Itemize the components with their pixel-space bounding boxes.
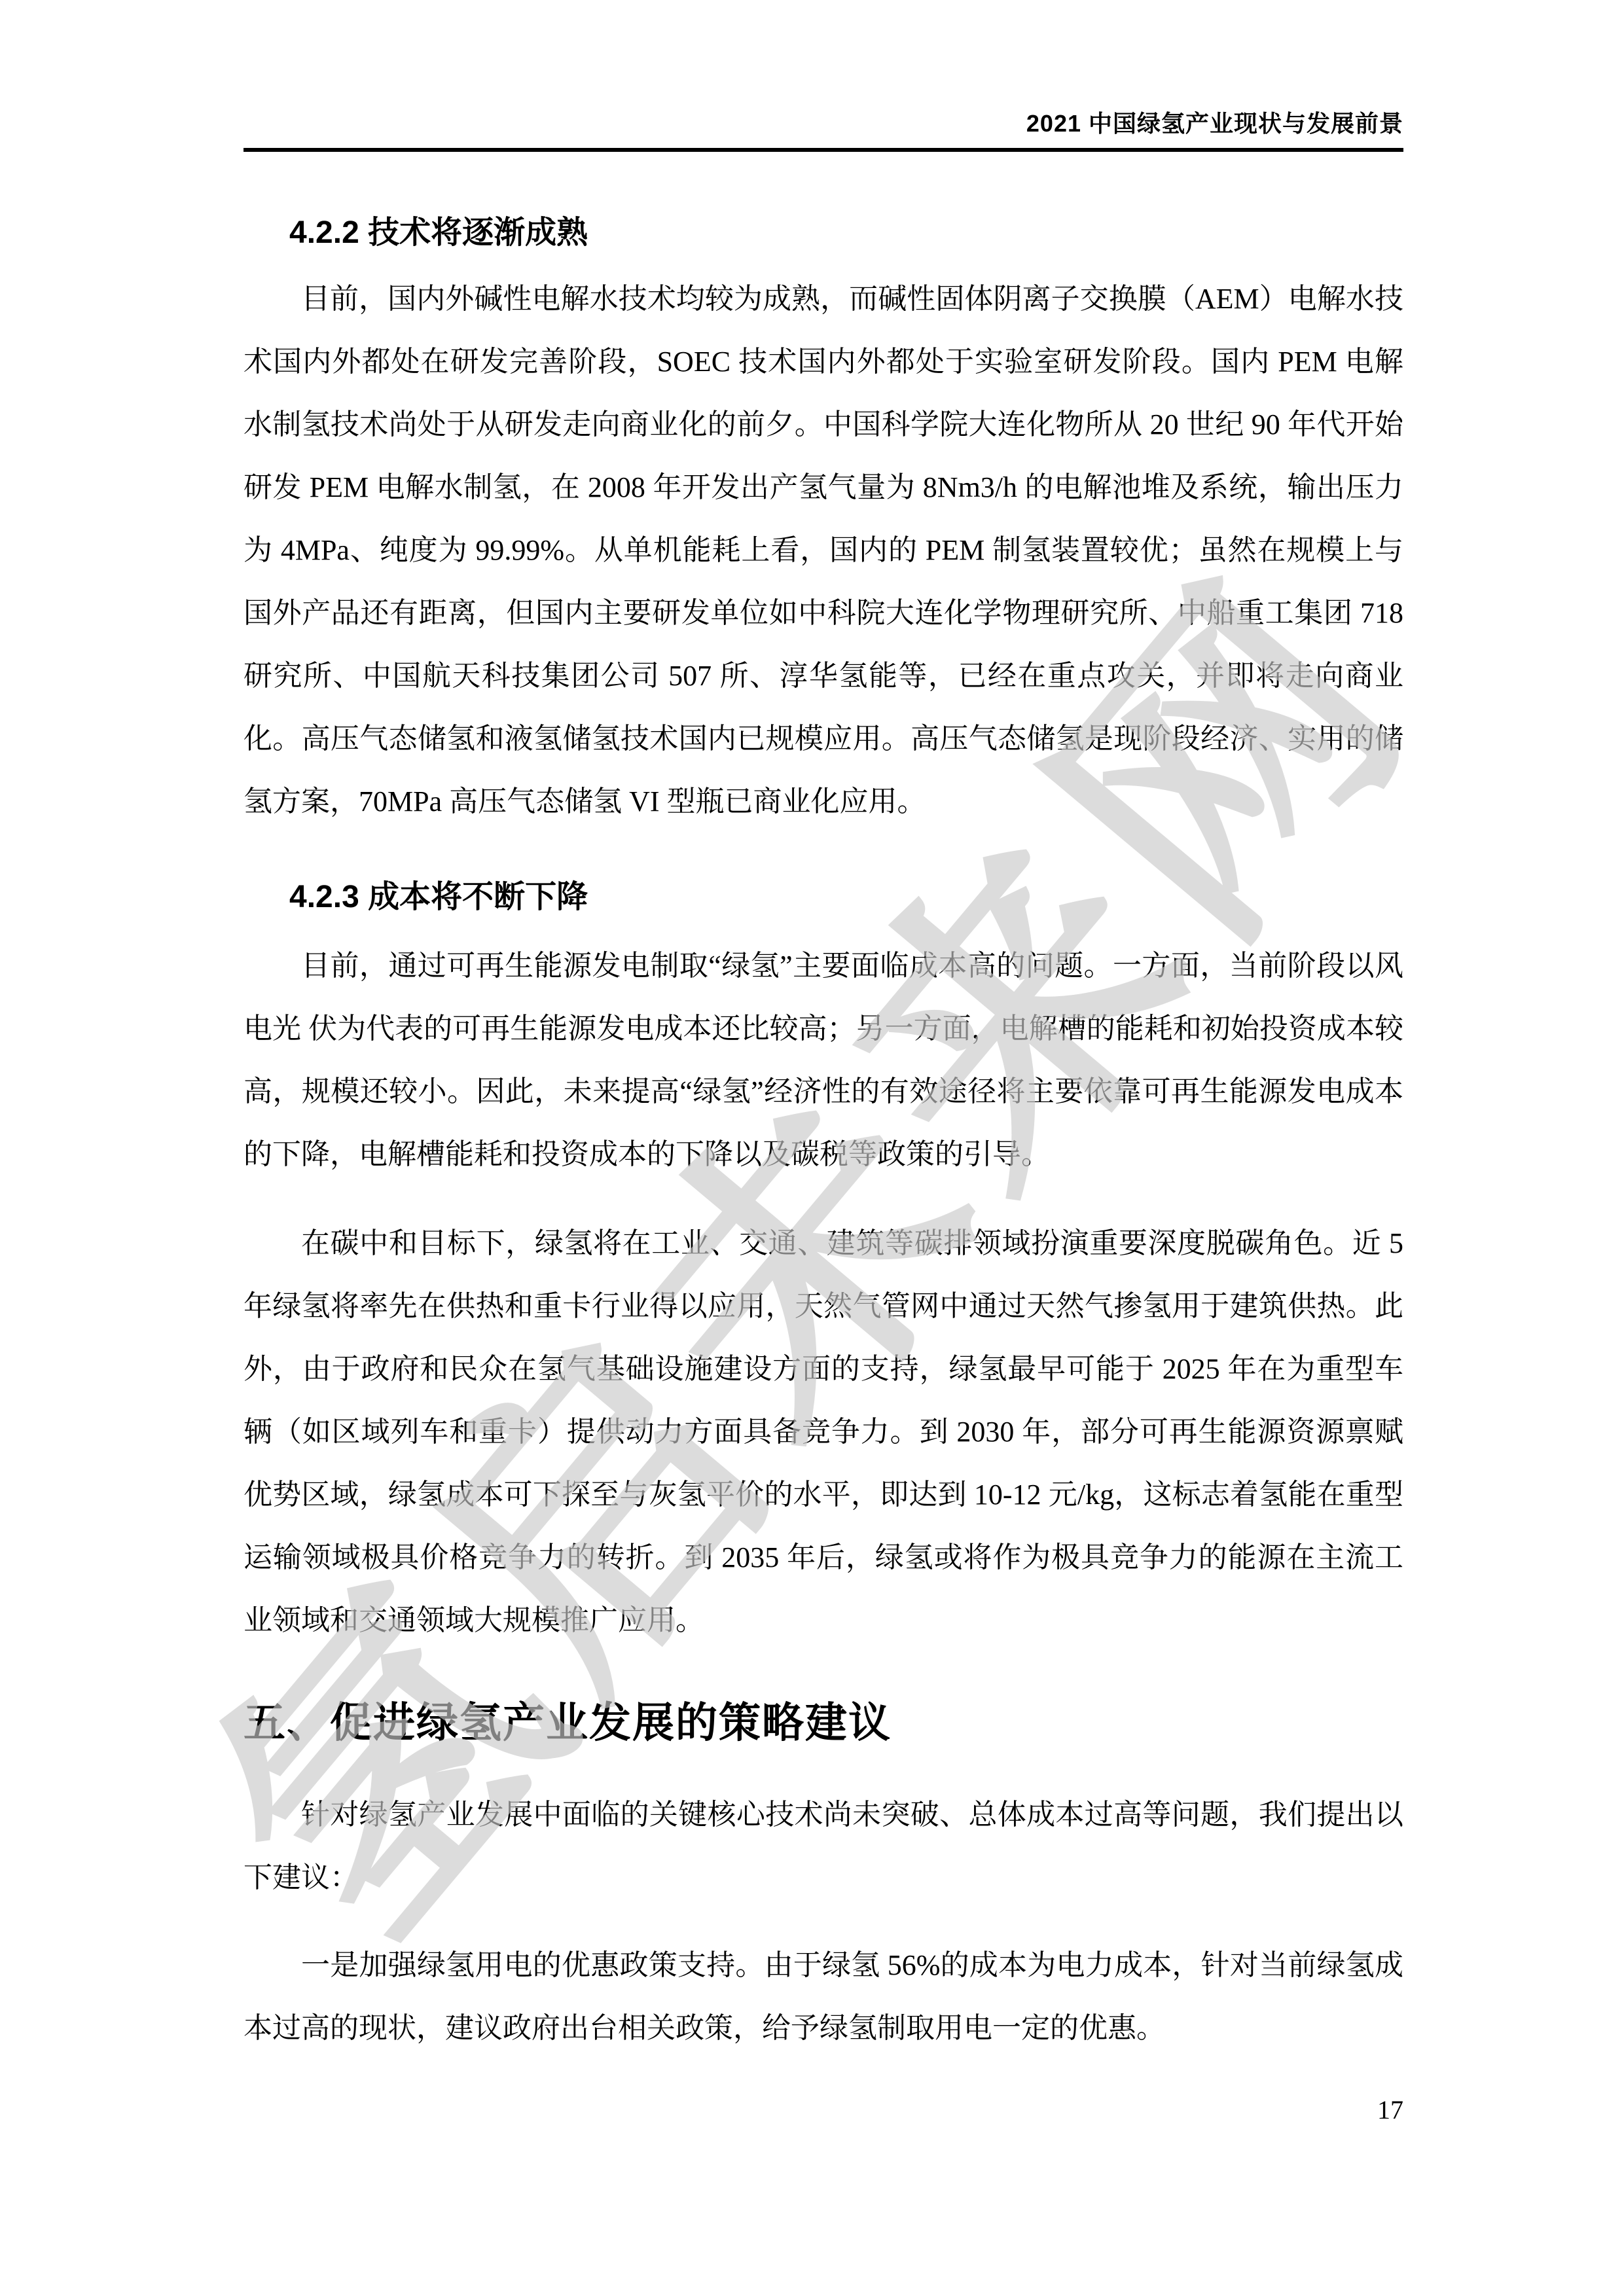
section-heading-4-2-2: 4.2.2 技术将逐渐成熟 [244, 215, 1403, 251]
header-title: 2021 中国绿氢产业现状与发展前景 [1026, 110, 1403, 137]
paragraph-carbon-neutral: 在碳中和目标下，绿氢将在工业、交通、建筑等碳排领域扮演重要深度脱碳角色。近 5 … [244, 1212, 1403, 1652]
paragraph-cost: 目前，通过可再生能源发电制取“绿氢”主要面临成本高的问题。一方面，当前阶段以风电… [244, 935, 1403, 1186]
document-page: 氢启未来网 2021 中国绿氢产业现状与发展前景 4.2.2 技术将逐渐成熟 目… [0, 0, 1624, 2296]
section-heading-4-2-3: 4.2.3 成本将不断下降 [244, 879, 1403, 915]
page-number: 17 [1377, 2094, 1403, 2126]
paragraph-technology: 目前，国内外碱性电解水技术均较为成熟，而碱性固体阴离子交换膜（AEM）电解水技术… [244, 268, 1403, 833]
paragraph-suggestion-intro: 针对绿氢产业发展中面临的关键核心技术尚未突破、总体成本过高等问题，我们提出以下建… [244, 1784, 1403, 1909]
page-header: 2021 中国绿氢产业现状与发展前景 [244, 0, 1403, 152]
paragraph-suggestion-one: 一是加强绿氢用电的优惠政策支持。由于绿氢 56%的成本为电力成本，针对当前绿氢成… [244, 1934, 1403, 2060]
chapter-heading-5: 五、促进绿氢产业发展的策略建议 [244, 1699, 1403, 1748]
content-area: 2021 中国绿氢产业现状与发展前景 4.2.2 技术将逐渐成熟 目前，国内外碱… [244, 0, 1403, 2060]
